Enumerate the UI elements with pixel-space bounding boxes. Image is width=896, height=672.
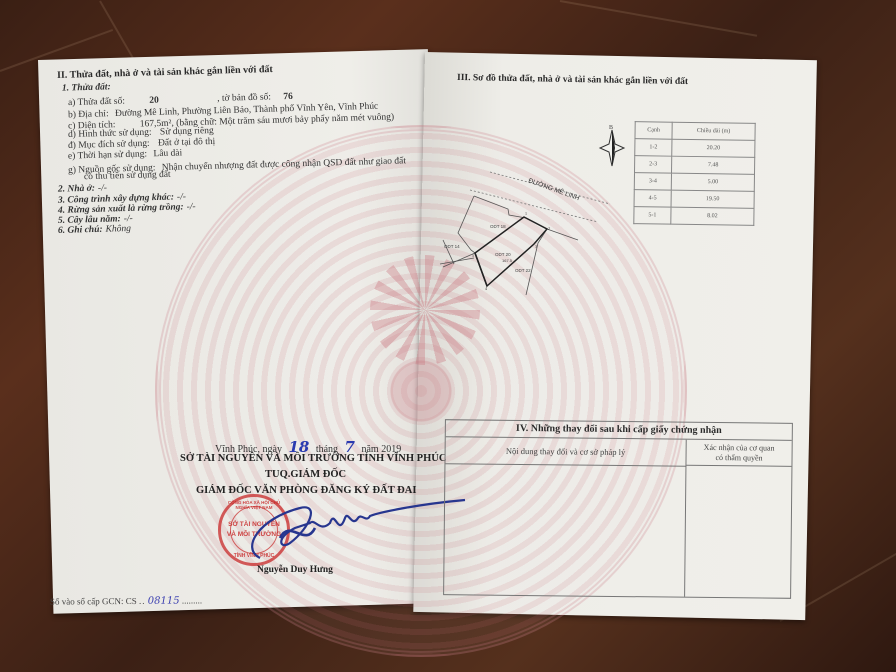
registry-row: Số vào sổ cấp GCN: CS .. 08115 .........: [50, 596, 202, 607]
svg-text:3: 3: [535, 244, 537, 249]
item-label: 2. Nhà ở:: [58, 184, 95, 195]
parcel-number: 20: [149, 96, 159, 106]
signer-name: Nguyễn Duy Hưng: [257, 566, 333, 576]
length-cell: 8.02: [671, 207, 754, 225]
edge-cell: 3-4: [634, 173, 671, 191]
usage-form-value: Sử dụng riêng: [160, 126, 214, 137]
column-divider: [684, 466, 686, 597]
edge-cell: 5-1: [634, 207, 671, 225]
edge-cell: 1-2: [635, 139, 672, 157]
item-value: -/-: [98, 183, 107, 193]
svg-text:1: 1: [525, 211, 527, 216]
svg-text:167.5: 167.5: [502, 258, 513, 263]
land-heading: 1. Thửa đất:: [62, 83, 111, 94]
edge-cell: 4-5: [634, 190, 671, 208]
purpose-value: Đất ở tại đô thị: [158, 137, 216, 149]
svg-text:ODT 14: ODT 14: [444, 244, 460, 249]
changes-content-header: Nội dung thay đổi và cơ sở pháp lý: [445, 437, 686, 467]
parcel-diagram: ĐƯỜNG MÊ LINH ODT 18 ODT 14 ODT 20 167.5…: [430, 160, 630, 300]
other-asset-item: 6. Ghi chú:Không: [58, 225, 131, 237]
svg-text:ODT 20: ODT 20: [495, 252, 511, 257]
changes-table: IV. Những thay đổi sau khi cấp giấy chứn…: [443, 419, 793, 599]
address-label: b) Địa chỉ:: [68, 109, 109, 120]
parcel-label: a) Thửa đất số:: [68, 97, 125, 109]
on-behalf-title: TUQ.GIÁM ĐỐC: [265, 470, 346, 481]
length-cell: 5.00: [671, 173, 754, 191]
svg-text:2: 2: [548, 226, 550, 231]
registry-label: Số vào sổ cấp GCN: CS: [50, 596, 137, 607]
issuing-org: SỞ TÀI NGUYÊN VÀ MÔI TRƯỜNG TỈNH VĨNH PH…: [180, 454, 446, 465]
registry-number: 08115: [148, 596, 180, 607]
length-cell: 7.48: [672, 156, 755, 174]
other-asset-item: 2. Nhà ở:-/-: [58, 184, 107, 195]
edge-cell: 2-3: [635, 156, 672, 174]
svg-text:4: 4: [485, 286, 487, 291]
table-row: 4-519.50: [634, 190, 754, 209]
handwritten-signature: [220, 488, 480, 568]
svg-text:5: 5: [472, 253, 474, 258]
length-cell: 20.20: [672, 139, 755, 157]
map-sheet-label: , tờ bản đồ số:: [217, 92, 271, 103]
item-value: -/-: [177, 192, 186, 202]
map-sheet-number: 76: [283, 92, 293, 102]
table-row: 5-18.02: [634, 207, 754, 226]
table-row: 3-45.00: [634, 173, 754, 192]
term-label: e) Thời hạn sử dụng:: [68, 149, 147, 161]
item-value: Không: [105, 224, 131, 235]
term-value: Lâu dài: [153, 148, 182, 159]
item-value: -/-: [187, 202, 196, 212]
street-label: ĐƯỜNG MÊ LINH: [527, 175, 581, 202]
edge-lengths-table: Cạnh Chiều dài (m) 1-220.202-37.483-45.0…: [633, 121, 755, 226]
item-value: -/-: [124, 214, 133, 224]
table-row: 1-220.20: [635, 139, 755, 158]
changes-confirm-header: Xác nhận của cơ quan có thẩm quyền: [686, 440, 791, 467]
table-row: 2-37.48: [635, 156, 755, 175]
length-cell: 19.50: [671, 190, 754, 208]
edge-header: Cạnh: [635, 122, 672, 140]
item-label: 6. Ghi chú:: [58, 225, 103, 236]
svg-text:ODT 18: ODT 18: [490, 224, 506, 229]
length-header: Chiều dài (m): [672, 122, 755, 140]
svg-text:ODT 22: ODT 22: [515, 268, 531, 273]
confirm-line2: có thẩm quyền: [686, 453, 791, 464]
land-use-certificate: II. Thửa đất, nhà ở và tài sản khác gắn …: [0, 0, 896, 672]
